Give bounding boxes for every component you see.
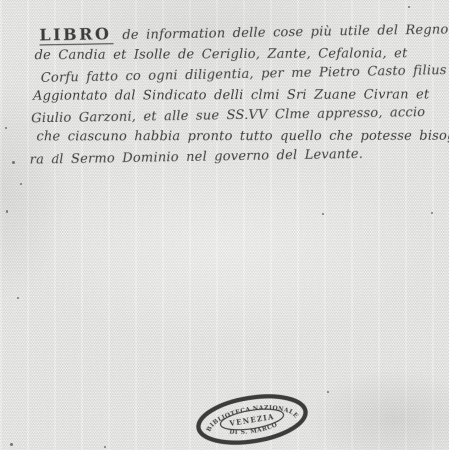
ink-speck xyxy=(5,127,7,129)
ink-speck xyxy=(10,443,13,446)
manuscript-line-text: de information delle cose più utile del … xyxy=(122,22,448,43)
ink-speck xyxy=(20,183,22,185)
ink-speck xyxy=(17,297,19,299)
ink-speck xyxy=(327,391,329,393)
ink-speck xyxy=(104,446,106,448)
ink-speck xyxy=(431,212,433,214)
ink-speck xyxy=(408,6,410,8)
title-word: LIBRO xyxy=(39,24,113,45)
manuscript-text-block: LIBROde information delle cose più utile… xyxy=(39,20,439,170)
ink-speck xyxy=(12,161,15,164)
ink-speck xyxy=(6,210,8,213)
ink-speck xyxy=(322,213,324,215)
library-stamp: BIBLIOTECA NAZIONALE VENEZIA DI S. MARCO xyxy=(191,386,313,450)
ink-speck xyxy=(57,154,59,156)
scanned-manuscript-page: LIBROde information delle cose più utile… xyxy=(0,0,449,450)
